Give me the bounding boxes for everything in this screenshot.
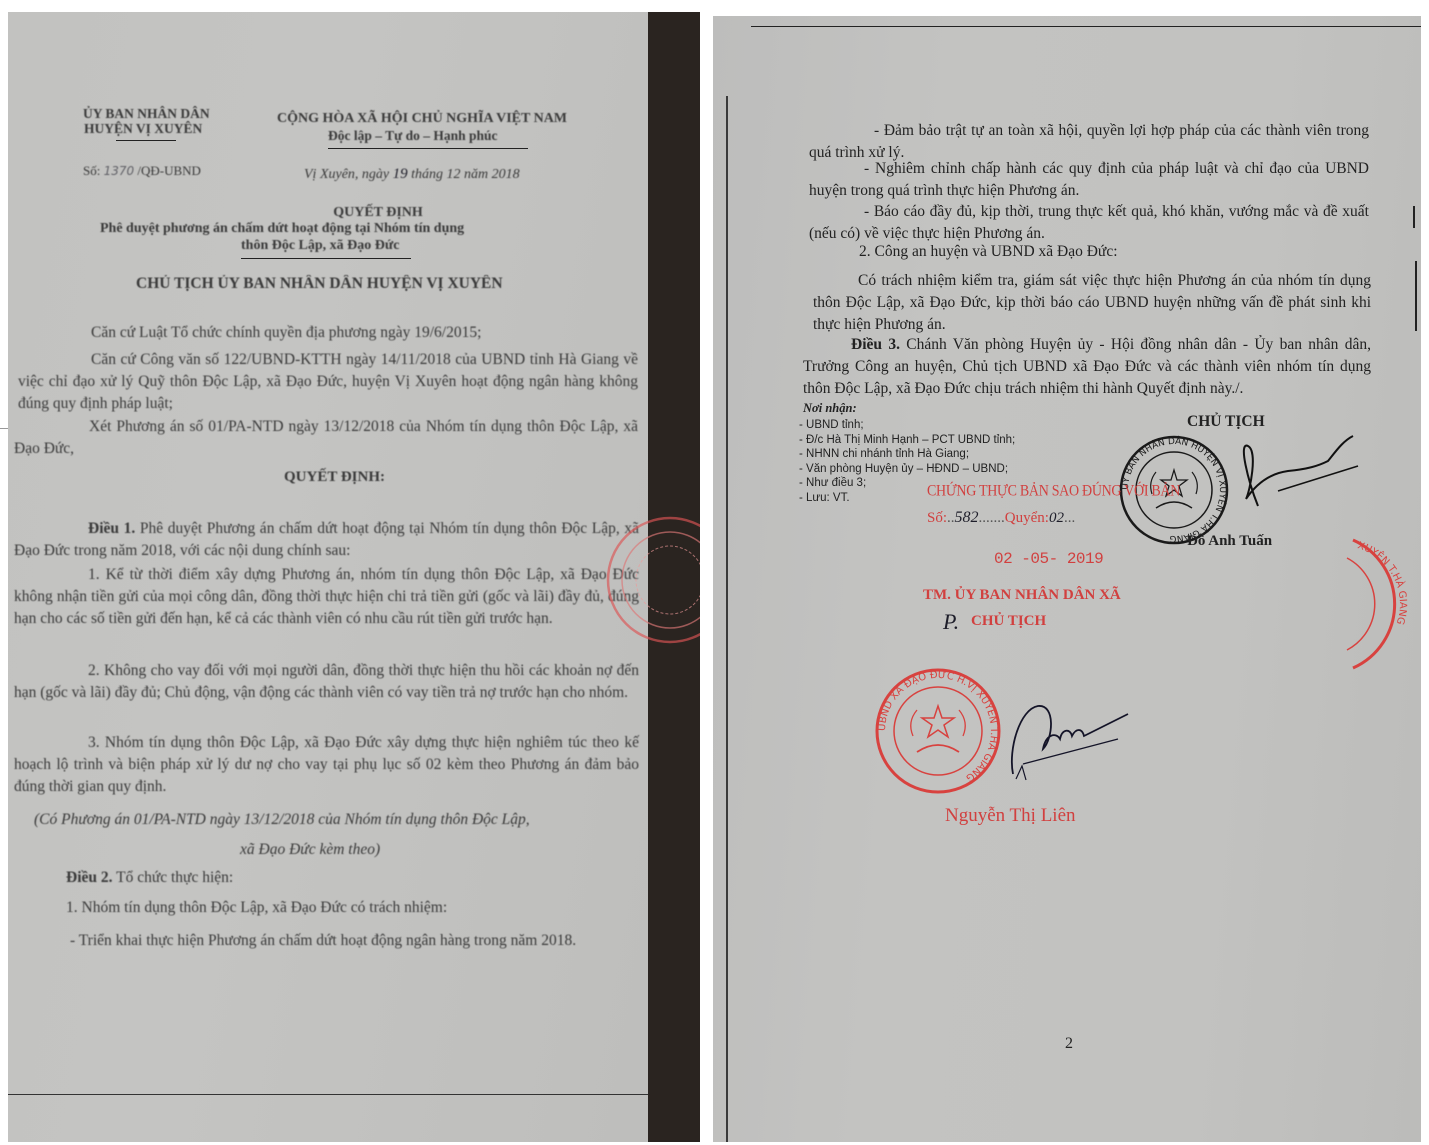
decision-subtitle-line2: thôn Độc Lập, xã Đạo Đức xyxy=(241,239,400,253)
right-edge-mark-1 xyxy=(1413,206,1415,228)
article-1-item-2: 2. Không cho vay đối với mọi người dân, … xyxy=(14,660,639,704)
bullet-2: - Nghiêm chỉnh chấp hành các quy định củ… xyxy=(809,158,1369,202)
cert-number-label: Số: xyxy=(927,510,947,526)
item-2-text: Có trách nhiệm kiểm tra, giám sát việc t… xyxy=(813,270,1371,336)
cert-book-value: 02 xyxy=(1049,510,1064,526)
cert-book-label: Quyển: xyxy=(1005,510,1049,526)
doc-number-handwritten: 1370 xyxy=(104,164,135,178)
recipient: - Đ/c Hà Thị Minh Hạnh – PCT UBND tỉnh; xyxy=(799,433,1015,448)
place-date-day-handwritten: 19 xyxy=(393,166,408,182)
commune-org: TM. ỦY BAN NHÂN DÂN XÃ xyxy=(923,588,1121,603)
recipient: - Văn phòng Huyện ủy – HĐND – UBND; xyxy=(799,462,1015,477)
article-1: Điều 1. Phê duyệt Phương án chấm dứt hoạ… xyxy=(14,518,639,562)
decision-subtitle-line1: Phê duyệt phương án chấm dứt hoạt động t… xyxy=(100,222,464,236)
certification-line: CHỨNG THỰC BẢN SAO ĐÚNG VỚI BẢN xyxy=(927,484,1180,500)
left-edge-mark xyxy=(0,428,8,429)
left-border-line xyxy=(726,96,728,1142)
article-2: Điều 2. Tổ chức thực hiện: xyxy=(66,870,233,886)
basis-3: Xét Phương án số 01/PA-NTD ngày 13/12/20… xyxy=(14,416,638,460)
district-signature xyxy=(1218,421,1368,511)
right-page-photo: - Đảm bảo trật tự an toàn xã hội, quyền … xyxy=(713,16,1421,1142)
recipient: - UBND tỉnh; xyxy=(799,418,1015,433)
red-seal-partial xyxy=(598,514,700,646)
recipient: - NHNN chi nhánh tỉnh Hà Giang; xyxy=(799,447,1015,462)
cert-number-value: 582 xyxy=(955,509,979,526)
edge-seal-text: XUYÊN T.HÀ GIANG xyxy=(1356,540,1408,626)
article-2-bullet-1: - Triển khai thực hiện Phương án chấm dứ… xyxy=(14,930,664,952)
place-date-suffix: tháng 12 năm 2018 xyxy=(411,167,520,182)
bottom-border-line xyxy=(8,1094,648,1095)
recipients-heading: Nơi nhận: xyxy=(803,402,857,415)
page-number: 2 xyxy=(1065,1036,1073,1052)
commune-p-prefix: P. xyxy=(943,611,959,633)
authority-heading: CHỦ TỊCH ỦY BAN NHÂN DÂN HUYỆN VỊ XUYÊN xyxy=(136,276,503,292)
cert-number-row: Số:..582.......Quyển:02... xyxy=(927,510,1075,526)
right-edge-mark-2 xyxy=(1415,261,1417,331)
article-1-item-3: 3. Nhóm tín dụng thôn Độc Lập, xã Đạo Đứ… xyxy=(14,732,639,798)
item-2-heading: 2. Công an huyện và UBND xã Đạo Đức: xyxy=(859,244,1118,260)
agency-name-line2: HUYỆN VỊ XUYÊN xyxy=(84,122,202,136)
agency-name-line1: ỦY BAN NHÂN DÂN xyxy=(83,107,210,121)
top-border-line xyxy=(751,26,1421,27)
cert-date: 02 -05- 2019 xyxy=(994,551,1103,567)
place-date-prefix: Vị Xuyên, ngày xyxy=(304,167,389,182)
doc-number-prefix: Số: xyxy=(83,163,100,178)
attachment-note-line2: xã Đạo Đức kèm theo) xyxy=(240,842,380,858)
article-2-label: Điều 2. xyxy=(66,869,113,886)
motto-underline xyxy=(328,148,528,149)
article-3-label: Điều 3. xyxy=(851,336,900,353)
article-2-item-1: 1. Nhóm tín dụng thôn Độc Lập, xã Đạo Đứ… xyxy=(66,900,447,916)
subtitle-underline xyxy=(241,258,411,259)
article-3: Điều 3. Chánh Văn phòng Huyện ủy - Hội đ… xyxy=(803,334,1371,400)
article-1-item-1: 1. Kể từ thời điểm xây dựng Phương án, n… xyxy=(14,564,639,630)
article-2-text: Tổ chức thực hiện: xyxy=(116,869,233,886)
commune-signature xyxy=(998,694,1138,789)
national-motto: Độc lập – Tự do – Hạnh phúc xyxy=(328,129,498,143)
commune-signer-name: Nguyễn Thị Liên xyxy=(945,806,1076,825)
doc-number-suffix: /QĐ-UBND xyxy=(137,163,201,178)
basis-2: Căn cứ Công văn số 122/UBND-KTTH ngày 14… xyxy=(18,349,638,415)
attachment-note-line1: (Có Phương án 01/PA-NTD ngày 13/12/2018 … xyxy=(34,812,530,828)
decision-title: QUYẾT ĐỊNH xyxy=(8,206,700,220)
signer-name: Đỗ Anh Tuấn xyxy=(1187,534,1272,549)
basis-1: Căn cứ Luật Tổ chức chính quyền địa phươ… xyxy=(53,322,653,344)
country-name: CỘNG HÒA XÃ HỘI CHỦ NGHĨA VIỆT NAM xyxy=(277,112,567,126)
commune-title: CHỦ TỊCH xyxy=(971,614,1046,629)
article-1-label: Điều 1. xyxy=(88,520,135,537)
bullet-3: - Báo cáo đầy đủ, kịp thời, trung thực k… xyxy=(809,201,1369,245)
agency-underline xyxy=(116,140,176,141)
svg-text:XUYÊN T.HÀ GIANG: XUYÊN T.HÀ GIANG xyxy=(1356,540,1408,626)
commune-seal: UBND XÃ ĐẠO ĐỨC H.VỊ XUYÊN T.HÀ GIANG xyxy=(873,666,1003,796)
left-page-photo: ỦY BAN NHÂN DÂN HUYỆN VỊ XUYÊN CỘNG HÒA … xyxy=(8,12,700,1142)
edge-seal-partial: XUYÊN T.HÀ GIANG xyxy=(1343,528,1421,678)
doc-number: Số: 1370 /QĐ-UBND xyxy=(83,164,201,177)
place-date: Vị Xuyên, ngày 19 tháng 12 năm 2018 xyxy=(304,167,520,182)
decision-heading: QUYẾT ĐỊNH: xyxy=(284,470,385,485)
